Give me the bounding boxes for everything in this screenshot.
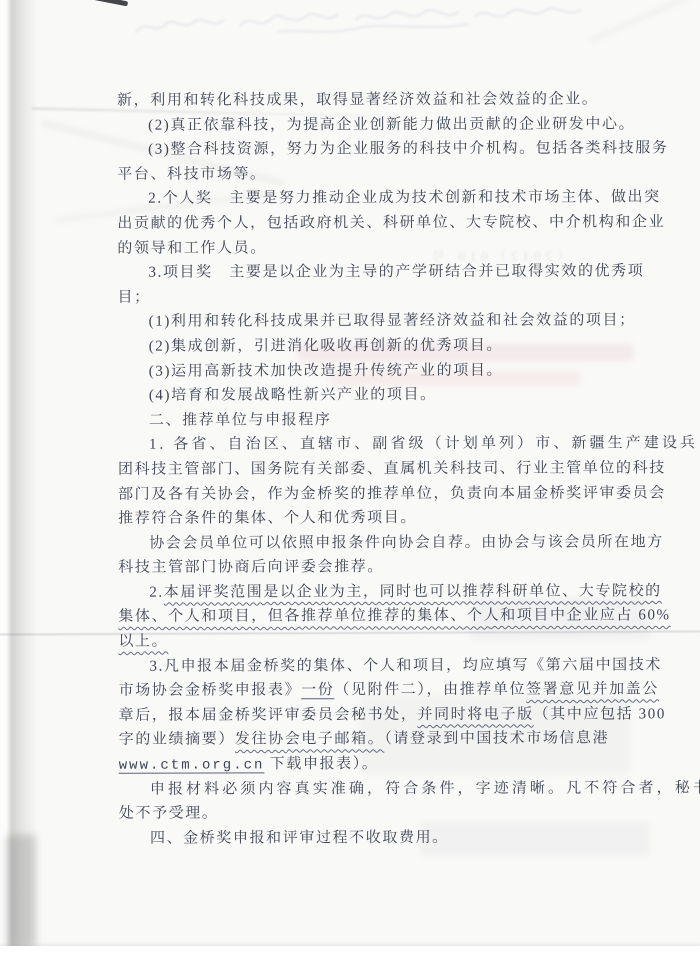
document-line: 3.项目奖 主要是以企业为主导的产学研结合并已取得实效的优秀项 bbox=[117, 259, 693, 285]
text-segment: (1)利用和转化科技成果并已取得显著经济效益和社会效益的项目； bbox=[149, 313, 636, 330]
text-segment: 出贡献的优秀个人，包括政府机关、科研单位、大专院校、中介机构和企业 bbox=[117, 214, 665, 231]
document-line: www.ctm.org.cn 下载申报表）。 bbox=[119, 751, 695, 777]
text-segment: (3)整合科技资源，努力为企业服务的科技中介机构。包括各类科技服务 bbox=[148, 140, 668, 157]
text-segment: 部门及各有关协会，作为金桥奖的推荐单位，负责向本届金桥奖评审委员会 bbox=[118, 485, 666, 502]
underlined-segment: 发往协会电子邮箱。 bbox=[235, 731, 384, 747]
scan-edge-bottom bbox=[0, 946, 700, 962]
document-line: (2)真正依靠科技，为提高企业创新能力做出贡献的企业研发中心。 bbox=[117, 112, 693, 138]
document-line: 1. 各省、自治区、直辖市、副省级（计划单列）市、新疆生产建设兵 bbox=[118, 432, 694, 458]
paper-corner-sliver bbox=[92, 0, 128, 6]
text-segment: 推荐符合条件的集体、个人和优秀项目。 bbox=[118, 510, 417, 527]
text-segment: （见附件二），由推荐单位 bbox=[334, 682, 526, 699]
document-line: 3.凡申报本届金桥奖的集体、个人和项目，均应填写《第六届中国技术 bbox=[118, 653, 694, 679]
document-line: 处不予受理。 bbox=[119, 800, 695, 826]
document-line: 出贡献的优秀个人，包括政府机关、科研单位、大专院校、中介机构和企业 bbox=[117, 210, 693, 236]
document-line: 章后，报本届金桥奖评审委员会秘书处，并同时将电子版（其中应包括 300 bbox=[119, 702, 695, 728]
text-segment: 科技主管部门协商后向评委会推荐。 bbox=[118, 559, 384, 576]
underlined-segment: 签署意见并加盖公 bbox=[526, 682, 659, 698]
document-line: (4)培育和发展战略性新兴产业的项目。 bbox=[118, 382, 694, 408]
document-line: 以上。 bbox=[118, 628, 694, 654]
text-segment: 字的业绩摘要） bbox=[119, 732, 235, 748]
document-line: 申报材料必须内容真实准确，符合条件，字迹清晰。凡不符合者，秘书 bbox=[119, 776, 695, 802]
document-url-text: www.ctm.org.cn bbox=[119, 757, 265, 773]
text-segment: 1. 各省、自治区、直辖市、副省级（计划单列）市、新疆生产建设兵 bbox=[149, 436, 698, 453]
document-line: 新，利用和转化科技成果，取得显著经济效益和社会效益的企业。 bbox=[117, 87, 693, 113]
document-line: 团科技主管部门、国务院有关部委、直属机关科技司、行业主管单位的科技 bbox=[118, 456, 694, 482]
text-segment: 下载申报表）。 bbox=[264, 756, 378, 772]
text-segment: 协会会员单位可以依照申报条件向协会自荐。由协会与该会员所在地方 bbox=[149, 534, 664, 551]
document-line: 2.个人奖 主要是努力推动企业成为技术创新和技术市场主体、做出突 bbox=[117, 186, 693, 212]
document-line: 推荐符合条件的集体、个人和优秀项目。 bbox=[118, 505, 694, 531]
document-line: 市场协会金桥奖申报表》一份（见附件二），由推荐单位签署意见并加盖公 bbox=[119, 677, 695, 703]
document-line: 科技主管部门协商后向评委会推荐。 bbox=[118, 555, 694, 581]
text-segment: （其中应包括 300 bbox=[534, 706, 666, 722]
text-segment: （请登录到中国技术市场信息港 bbox=[384, 731, 609, 748]
underlined-segment: 并同时将电子版 bbox=[417, 707, 533, 723]
text-segment: 四、金桥奖申报和评审过程不收取费用。 bbox=[150, 830, 449, 847]
underlined-segment: 本届评奖范围是以企业为主，同时也可以推荐科研单位、大专院校的 bbox=[164, 583, 662, 600]
text-segment: (3)运用高新技术加快改造提升传统产业的项目。 bbox=[149, 362, 503, 379]
document-line: 部门及各有关协会，作为金桥奖的推荐单位，负责向本届金桥奖评审委员会 bbox=[118, 481, 694, 507]
text-segment: 2.个人奖 主要是努力推动企业成为技术创新和技术市场主体、做出突 bbox=[148, 190, 660, 207]
document-line: 二、推荐单位与申报程序 bbox=[118, 407, 694, 433]
document-line: 目； bbox=[118, 284, 694, 310]
text-segment: 3.项目奖 主要是以企业为主导的产学研结合并已取得实效的优秀项 bbox=[148, 264, 644, 281]
text-segment: 团科技主管部门、国务院有关部委、直属机关科技司、行业主管单位的科技 bbox=[118, 460, 666, 477]
text-segment: 市场协会金桥奖申报表》 bbox=[119, 683, 302, 699]
text-segment: (4)培育和发展战略性新兴产业的项目。 bbox=[149, 387, 437, 404]
text-segment: (2)真正依靠科技，为提高企业创新能力做出贡献的企业研发中心。 bbox=[148, 116, 635, 133]
text-segment: 处不予受理。 bbox=[119, 806, 219, 822]
document-line: (3)整合科技资源，努力为企业服务的科技中介机构。包括各类科技服务 bbox=[117, 136, 693, 162]
document-line: 协会会员单位可以依照申报条件向协会自荐。由协会与该会员所在地方 bbox=[118, 530, 694, 556]
text-segment: 的领导和工作人员。 bbox=[117, 240, 266, 256]
document-line: (3)运用高新技术加快改造提升传统产业的项目。 bbox=[118, 358, 694, 384]
scan-edge-left bbox=[0, 0, 38, 962]
document-line: 2.本届评奖范围是以企业为主，同时也可以推荐科研单位、大专院校的 bbox=[118, 579, 694, 605]
text-segment: 申报材料必须内容真实准确，符合条件，字迹清晰。凡不符合者，秘书 bbox=[150, 780, 700, 797]
document-line: 字的业绩摘要）发往协会电子邮箱。（请登录到中国技术市场信息港 bbox=[119, 727, 695, 753]
document-line: (2)集成创新，引进消化吸收再创新的优秀项目。 bbox=[118, 333, 694, 359]
scan-edge-left-shadow bbox=[6, 835, 36, 947]
document-line: 的领导和工作人员。 bbox=[117, 235, 693, 261]
document-line: 集体、个人和项目，但各推荐单位推荐的集体、个人和项目中企业应占 60% bbox=[118, 604, 694, 630]
text-segment: 2. bbox=[149, 585, 163, 601]
text-segment: (2)集成创新，引进消化吸收再创新的优秀项目。 bbox=[149, 338, 503, 355]
underlined-segment: 一份 bbox=[301, 682, 334, 698]
text-segment: 新，利用和转化科技成果，取得显著经济效益和社会效益的企业。 bbox=[117, 91, 598, 108]
text-segment: 章后，报本届金桥奖评审委员会秘书处， bbox=[119, 707, 418, 724]
document-line: 平台、科技市场等。 bbox=[117, 161, 693, 187]
text-segment: 目； bbox=[118, 289, 151, 305]
underlined-segment: 集体、个人和项目，但各推荐单位推荐的集体、个人和项目中企业应占 60% bbox=[118, 608, 670, 625]
document-line: 四、金桥奖申报和评审过程不收取费用。 bbox=[119, 825, 695, 851]
handwriting-bleedthrough bbox=[128, 2, 588, 44]
document-body: 新，利用和转化科技成果，取得显著经济效益和社会效益的企业。(2)真正依靠科技，为… bbox=[117, 87, 695, 851]
scanned-page: （2012）010 号 新，利用和转化科技成果，取得显著经济效益和社会效益的企业… bbox=[0, 0, 700, 962]
paper-crease bbox=[590, 0, 700, 42]
text-segment: 3.凡申报本届金桥奖的集体、个人和项目，均应填写《第六届中国技术 bbox=[149, 657, 661, 674]
document-line: (1)利用和转化科技成果并已取得显著经济效益和社会效益的项目； bbox=[118, 309, 694, 335]
text-segment: 二、推荐单位与申报程序 bbox=[149, 412, 332, 428]
underlined-segment: 以上。 bbox=[118, 634, 168, 650]
text-segment: 平台、科技市场等。 bbox=[117, 166, 266, 182]
